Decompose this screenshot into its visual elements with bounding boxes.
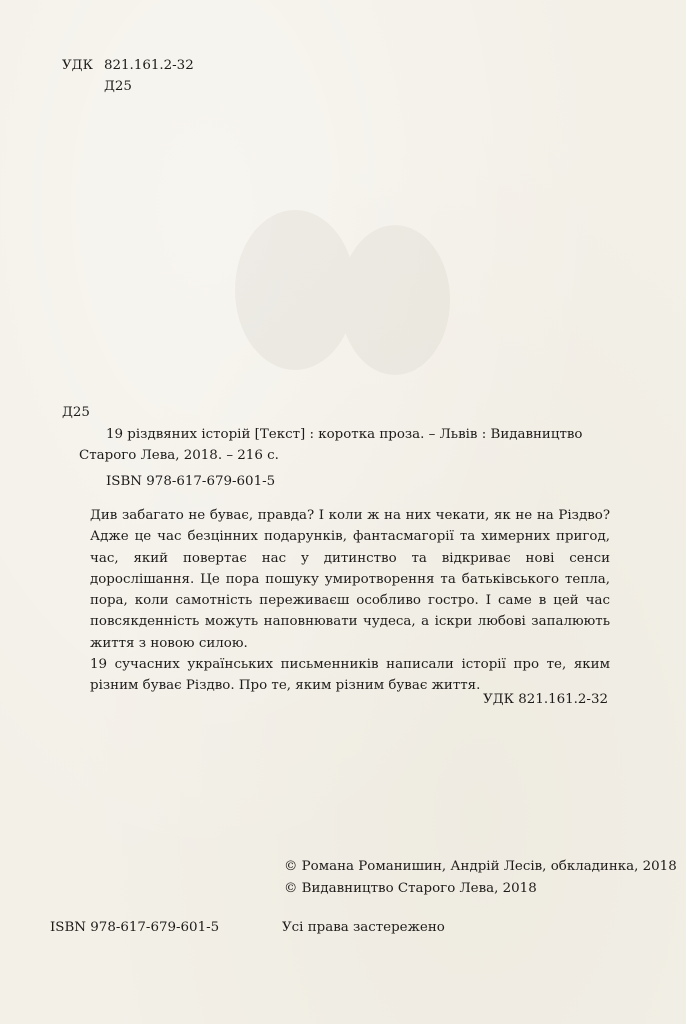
copyright-publisher: © Видавництво Старого Лева, 2018 xyxy=(284,879,537,899)
catalog-isbn: ISBN 978-617-679-601-5 xyxy=(106,472,275,492)
bibliographic-description: 19 різдвяних історій [Текст] : коротка п… xyxy=(79,424,619,466)
annotation-udk: УДК 821.161.2-32 xyxy=(483,690,608,710)
rights-reserved: Усі права застережено xyxy=(282,918,445,938)
author-mark: Д25 xyxy=(104,77,132,97)
udk-label: УДК xyxy=(62,56,93,76)
footer-isbn: ISBN 978-617-679-601-5 xyxy=(50,918,219,938)
catalog-author-mark: Д25 xyxy=(62,403,90,423)
publisher-logo-watermark-icon xyxy=(225,200,465,400)
udk-code: 821.161.2-32 xyxy=(104,56,194,76)
book-imprint-page: УДК 821.161.2-32 Д25 Д25 19 різдвяних іс… xyxy=(0,0,686,1024)
annotation: Див забагато не буває, правда? І коли ж … xyxy=(90,505,610,697)
annotation-paragraph: Див забагато не буває, правда? І коли ж … xyxy=(90,505,610,654)
copyright-cover: © Романа Романишин, Андрій Лесів, обклад… xyxy=(284,857,677,877)
